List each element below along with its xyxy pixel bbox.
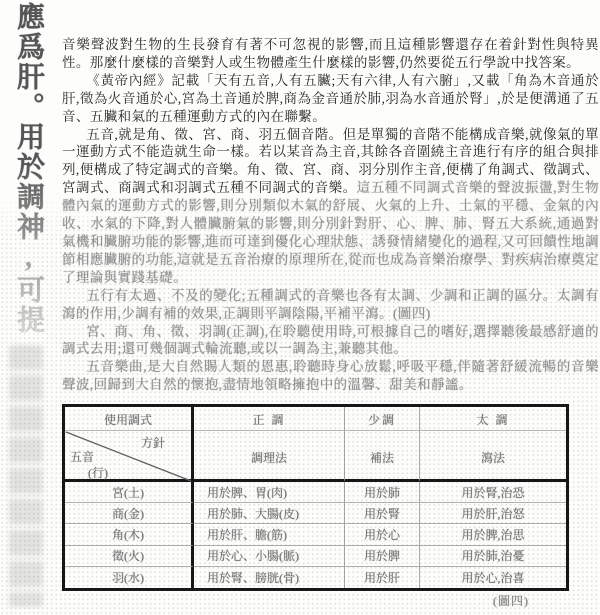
table-cell-shao: 用於肝: [345, 567, 420, 588]
paragraph-five-tones: 五音,就是角、徵、宮、商、羽五個音階。但是單獨的音階不能構成音樂,就像氣的單一運…: [62, 126, 599, 287]
corner-label-usage-mode: 使用調式: [65, 411, 191, 428]
table-cell-tai: 用於心,治喜: [420, 567, 566, 588]
header-zheng-diao-sub: 調理法: [194, 449, 344, 466]
table-cell-shao: 用於肺: [345, 482, 420, 503]
table-cell-shao: 用於腎: [345, 503, 420, 524]
table-cell-tai: 用於肺,治憂: [420, 546, 566, 567]
table-cell-tai: 用於脾,治思: [420, 524, 566, 545]
table-corner-cell: 使用調式 方針 五音 (行): [65, 407, 194, 482]
table-cell-tai: 用於肝,治怒: [420, 503, 566, 524]
figure-caption: (圖四): [493, 592, 569, 609]
table-cell-zheng: 用於脾、胃(肉): [194, 482, 345, 503]
five-tone-therapy-table: 使用調式 方針 五音 (行) 正 調 調理法 少調 補法 太 調 瀉法 宮(土)…: [62, 404, 569, 591]
margin-faded-text-smudge: [9, 345, 43, 607]
paragraph-closing: 五音樂曲,是大自然賜人類的恩惠,聆聽時身心放鬆,呼吸平穩,伴隨著舒緩流暢的音樂聲…: [62, 358, 599, 394]
header-shao-diao: 少調 補法: [345, 407, 420, 482]
header-tai-diao-sub: 瀉法: [420, 449, 566, 466]
table-row-tone: 角(木): [65, 524, 194, 545]
corner-label-five-tones: 五音: [70, 448, 94, 465]
table-cell-shao: 用於心: [345, 524, 420, 545]
table-cell-shao: 用於脾: [345, 546, 420, 567]
header-tai-diao-title: 太 調: [420, 411, 566, 428]
table-cell-zheng: 用於肺、大腸(皮): [194, 503, 345, 524]
header-shao-diao-sub: 補法: [345, 449, 419, 466]
header-zheng-diao: 正 調 調理法: [194, 407, 345, 482]
table-cell-zheng: 用於心、小腸(脈): [194, 546, 345, 567]
corner-label-method: 方針: [141, 434, 165, 451]
paragraph-listening-advice: 宮、商、角、徵、羽調(正調),在聆聽使用時,可根據自己的嗜好,選擇聽後最感舒適的…: [62, 323, 599, 359]
paragraph-intro: 音樂聲波對生物的生長發育有著不可忽視的影響,而且這種影響還存在着針對性與特異性。…: [62, 36, 599, 72]
paragraph-neijing-quote: 《黃帝內經》記載「天有五音,人有五臟;天有六律,人有六腑」,又載「角為木音通於肝…: [62, 72, 599, 126]
header-zheng-diao-title: 正 調: [194, 411, 344, 428]
paragraph-five-tones-faded: 這五種不同調式音樂的聲波振盪,對生物體內氣的運動方式的影響,則分別類似木氣的舒展…: [62, 180, 599, 285]
table-cell-zheng: 用於肝、膽(筋): [194, 524, 345, 545]
table-cell-tai: 用於腎,治恐: [420, 482, 566, 503]
margin-vertical-caption: 應爲肝。用於調神,可提: [4, 2, 50, 362]
table-row-tone: 羽(水): [65, 567, 194, 588]
corner-label-element: (行): [88, 464, 108, 481]
header-shao-diao-title: 少調: [345, 411, 419, 428]
header-tai-diao: 太 調 瀉法: [420, 407, 566, 482]
table-row-tone: 商(金): [65, 503, 194, 524]
table-cell-zheng: 用於腎、膀胱(骨): [194, 567, 345, 588]
paragraph-modes-variation: 五行有太過、不及的變化;五種調式的音樂也各有太調、少調和正調的區分。太調有瀉的作…: [62, 287, 599, 323]
table-row-tone: 宮(土): [65, 482, 194, 503]
body-text-column: 音樂聲波對生物的生長發育有著不可忽視的影響,而且這種影響還存在着針對性與特異性。…: [62, 36, 599, 394]
table-row-tone: 徵(火): [65, 546, 194, 567]
